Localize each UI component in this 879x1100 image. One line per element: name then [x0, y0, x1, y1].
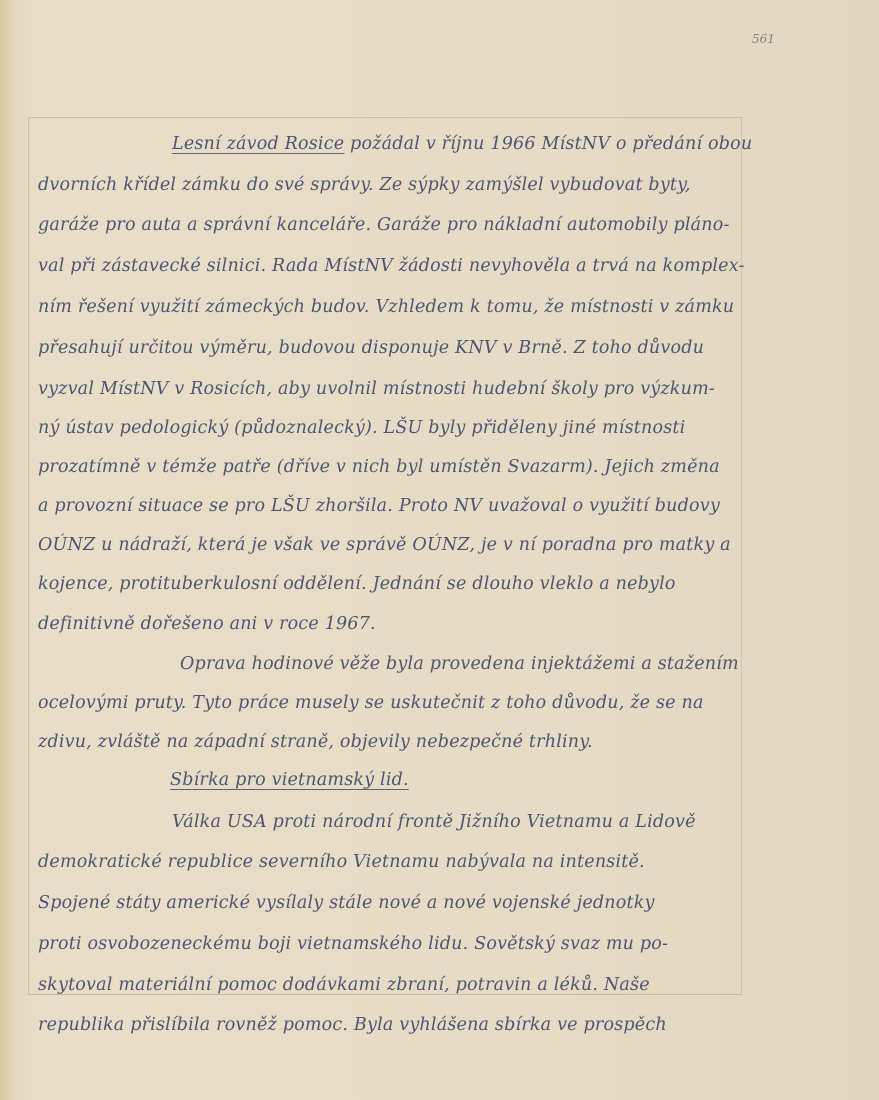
text-line-11: OÚNZ u nádraží, která je však ve správě … [38, 535, 731, 555]
text-line-7: vyzval MístNV v Rosicích, aby uvolnil mí… [38, 379, 715, 399]
text-line-9: prozatímně v témže patře (dříve v nich b… [38, 457, 720, 477]
section-heading-sbirka: Sbírka pro vietnamský lid. [170, 770, 409, 790]
page-number: 561 [752, 32, 775, 46]
text-line-5: ním řešení využití zámeckých budov. Vzhl… [38, 297, 734, 317]
text-line-6: přesahují určitou výměru, budovou dispon… [38, 338, 704, 358]
text-line-2: dvorních křídel zámku do své správy. Ze … [38, 175, 691, 195]
text-line-16: zdivu, zvláště na západní straně, objevi… [38, 732, 593, 752]
section-heading-lesni-zavod: Lesní závod Rosice [172, 134, 344, 154]
text-line-4: val při zástavecké silnici. Rada MístNV … [38, 256, 745, 276]
text-line-1: Lesní závod Rosice požádal v říjnu 1966 … [172, 134, 752, 154]
text-line-15: ocelovými pruty. Tyto práce musely se us… [38, 693, 704, 713]
text-line-13: definitivně dořešeno ani v roce 1967. [38, 614, 376, 634]
text-line-14: Oprava hodinové věže byla provedena inje… [180, 654, 739, 674]
text-line-19: demokratické republice severního Vietnam… [38, 852, 645, 872]
text-line-3: garáže pro auta a správní kanceláře. Gar… [38, 215, 730, 235]
text-line-22: skytoval materiální pomoc dodávkami zbra… [38, 975, 650, 995]
text-line-8: ný ústav pedologický (půdoznalecký). LŠU… [38, 418, 685, 438]
scanned-page: 561 Lesní závod Rosice požádal v říjnu 1… [0, 0, 879, 1100]
text-line-21: proti osvobozeneckému boji vietnamského … [38, 934, 668, 954]
text-line-23: republika přislíbila rovněž pomoc. Byla … [38, 1015, 667, 1035]
text-line-20: Spojené státy americké vysílaly stále no… [38, 893, 655, 913]
text-line-10: a provozní situace se pro LŠU zhoršila. … [38, 496, 720, 516]
text-line-12: kojence, protituberkulosní oddělení. Jed… [38, 574, 676, 594]
text-line-18: Válka USA proti národní frontě Jižního V… [172, 812, 696, 832]
